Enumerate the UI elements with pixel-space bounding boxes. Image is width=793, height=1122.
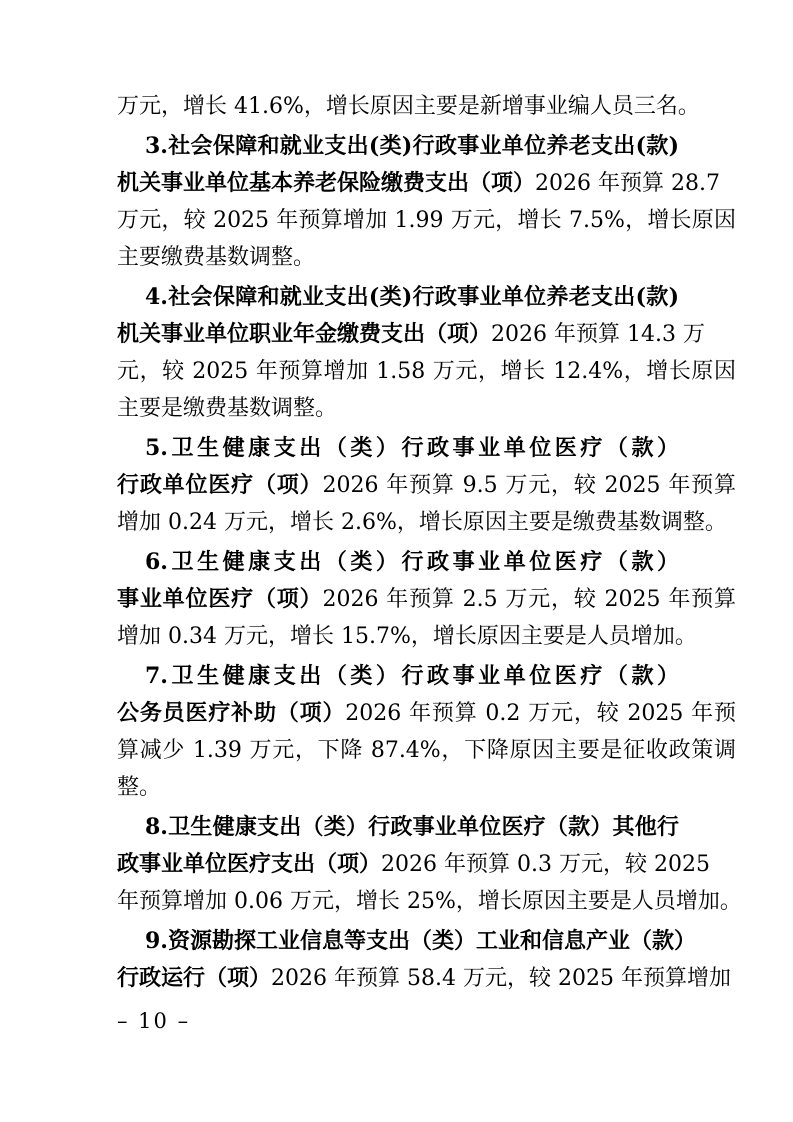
text-line: 万元，增长 41.6%，增长原因主要是新增事业编人员三名。 <box>117 88 736 125</box>
paragraph: 3.社会保障和就业支出(类)行政事业单位养老支出(款)机关事业单位基本养老保险缴… <box>117 128 736 276</box>
text-line: 6.卫生健康支出（类）行政事业单位医疗（款） <box>117 544 736 581</box>
bold-text-segment: 5.卫生健康支出（类）行政事业单位医疗（款） <box>145 435 679 461</box>
text-segment: 元，较 2025 年预算增加 1.58 万元，增长 12.4%，增长原因 <box>117 359 736 384</box>
text-segment: 主要是缴费基数调整。 <box>117 396 337 421</box>
paragraph: 7.卫生健康支出（类）行政事业单位医疗（款）公务员医疗补助（项）2026 年预算… <box>117 658 736 806</box>
bold-text-segment: 行政单位医疗（项） <box>117 472 322 498</box>
text-line: 整。 <box>117 769 736 806</box>
text-segment: 万元，增长 41.6%，增长原因主要是新增事业编人员三名。 <box>117 94 700 119</box>
text-segment: 2026 年预算 9.5 万元，较 2025 年预算 <box>322 473 736 498</box>
text-line: 9.资源勘探工业信息等支出（类）工业和信息产业（款） <box>117 923 736 960</box>
text-segment: 增加 0.34 万元，增长 15.7%，增长原因主要是人员增加。 <box>117 624 697 649</box>
bold-text-segment: 行政运行（项） <box>117 965 271 991</box>
text-segment: 整。 <box>117 775 161 800</box>
text-segment: 2026 年预算 2.5 万元，较 2025 年预算 <box>322 587 736 612</box>
text-line: 行政单位医疗（项）2026 年预算 9.5 万元，较 2025 年预算 <box>117 467 736 504</box>
bold-text-segment: 机关事业单位职业年金缴费支出（项） <box>117 321 491 347</box>
text-line: 行政运行（项）2026 年预算 58.4 万元，较 2025 年预算增加 <box>117 960 736 997</box>
text-line: 算减少 1.39 万元，下降 87.4%，下降原因主要是征收政策调 <box>117 732 736 769</box>
document-body: 万元，增长 41.6%，增长原因主要是新增事业编人员三名。3.社会保障和就业支出… <box>117 88 736 997</box>
text-line: 4.社会保障和就业支出(类)行政事业单位养老支出(款) <box>117 279 736 316</box>
document-page: 万元，增长 41.6%，增长原因主要是新增事业编人员三名。3.社会保障和就业支出… <box>0 0 793 1122</box>
bold-text-segment: 9.资源勘探工业信息等支出（类）工业和信息产业（款） <box>145 928 696 954</box>
text-segment: 算减少 1.39 万元，下降 87.4%，下降原因主要是征收政策调 <box>117 738 736 763</box>
bold-text-segment: 政事业单位医疗支出（项） <box>117 851 381 877</box>
bold-text-segment: 4.社会保障和就业支出(类)行政事业单位养老支出(款) <box>145 284 679 310</box>
text-line: 8.卫生健康支出（类）行政事业单位医疗（款）其他行 <box>117 809 736 846</box>
text-line: 主要缴费基数调整。 <box>117 239 736 276</box>
text-segment: 主要缴费基数调整。 <box>117 245 315 270</box>
text-line: 年预算增加 0.06 万元，增长 25%，增长原因主要是人员增加。 <box>117 883 736 920</box>
text-line: 元，较 2025 年预算增加 1.58 万元，增长 12.4%，增长原因 <box>117 353 736 390</box>
text-line: 公务员医疗补助（项）2026 年预算 0.2 万元，较 2025 年预 <box>117 695 736 732</box>
paragraph: 8.卫生健康支出（类）行政事业单位医疗（款）其他行政事业单位医疗支出（项）202… <box>117 809 736 920</box>
text-line: 5.卫生健康支出（类）行政事业单位医疗（款） <box>117 430 736 467</box>
text-segment: 2026 年预算 0.3 万元，较 2025 <box>381 852 710 877</box>
text-line: 主要是缴费基数调整。 <box>117 390 736 427</box>
text-line: 增加 0.24 万元，增长 2.6%，增长原因主要是缴费基数调整。 <box>117 504 736 541</box>
text-segment: 万元，较 2025 年预算增加 1.99 万元，增长 7.5%，增长原因 <box>117 208 736 233</box>
bold-text-segment: 3.社会保障和就业支出(类)行政事业单位养老支出(款) <box>145 133 679 159</box>
bold-text-segment: 8.卫生健康支出（类）行政事业单位医疗（款）其他行 <box>145 814 679 840</box>
text-segment: 2026 年预算 28.7 <box>535 171 720 196</box>
paragraph: 5.卫生健康支出（类）行政事业单位医疗（款）行政单位医疗（项）2026 年预算 … <box>117 430 736 541</box>
text-line: 7.卫生健康支出（类）行政事业单位医疗（款） <box>117 658 736 695</box>
paragraph: 9.资源勘探工业信息等支出（类）工业和信息产业（款）行政运行（项）2026 年预… <box>117 923 736 997</box>
page-number: – 10 – <box>117 1009 190 1033</box>
text-line: 万元，较 2025 年预算增加 1.99 万元，增长 7.5%，增长原因 <box>117 202 736 239</box>
bold-text-segment: 公务员医疗补助（项） <box>117 700 345 726</box>
paragraph: 4.社会保障和就业支出(类)行政事业单位养老支出(款)机关事业单位职业年金缴费支… <box>117 279 736 427</box>
bold-text-segment: 7.卫生健康支出（类）行政事业单位医疗（款） <box>145 663 679 689</box>
paragraph: 6.卫生健康支出（类）行政事业单位医疗（款）事业单位医疗（项）2026 年预算 … <box>117 544 736 655</box>
bold-text-segment: 6.卫生健康支出（类）行政事业单位医疗（款） <box>145 549 679 575</box>
text-line: 3.社会保障和就业支出(类)行政事业单位养老支出(款) <box>117 128 736 165</box>
text-segment: 2026 年预算 14.3 万 <box>491 322 705 347</box>
page-footer: – 10 – <box>117 1006 190 1036</box>
text-line: 增加 0.34 万元，增长 15.7%，增长原因主要是人员增加。 <box>117 618 736 655</box>
text-segment: 2026 年预算 58.4 万元，较 2025 年预算增加 <box>271 966 731 991</box>
text-line: 机关事业单位职业年金缴费支出（项）2026 年预算 14.3 万 <box>117 316 736 353</box>
text-line: 事业单位医疗（项）2026 年预算 2.5 万元，较 2025 年预算 <box>117 581 736 618</box>
bold-text-segment: 机关事业单位基本养老保险缴费支出（项） <box>117 170 535 196</box>
text-line: 政事业单位医疗支出（项）2026 年预算 0.3 万元，较 2025 <box>117 846 736 883</box>
text-segment: 年预算增加 0.06 万元，增长 25%，增长原因主要是人员增加。 <box>117 889 742 914</box>
paragraph: 万元，增长 41.6%，增长原因主要是新增事业编人员三名。 <box>117 88 736 125</box>
text-segment: 增加 0.24 万元，增长 2.6%，增长原因主要是缴费基数调整。 <box>117 510 727 535</box>
bold-text-segment: 事业单位医疗（项） <box>117 586 322 612</box>
text-line: 机关事业单位基本养老保险缴费支出（项）2026 年预算 28.7 <box>117 165 736 202</box>
text-segment: 2026 年预算 0.2 万元，较 2025 年预 <box>345 701 736 726</box>
